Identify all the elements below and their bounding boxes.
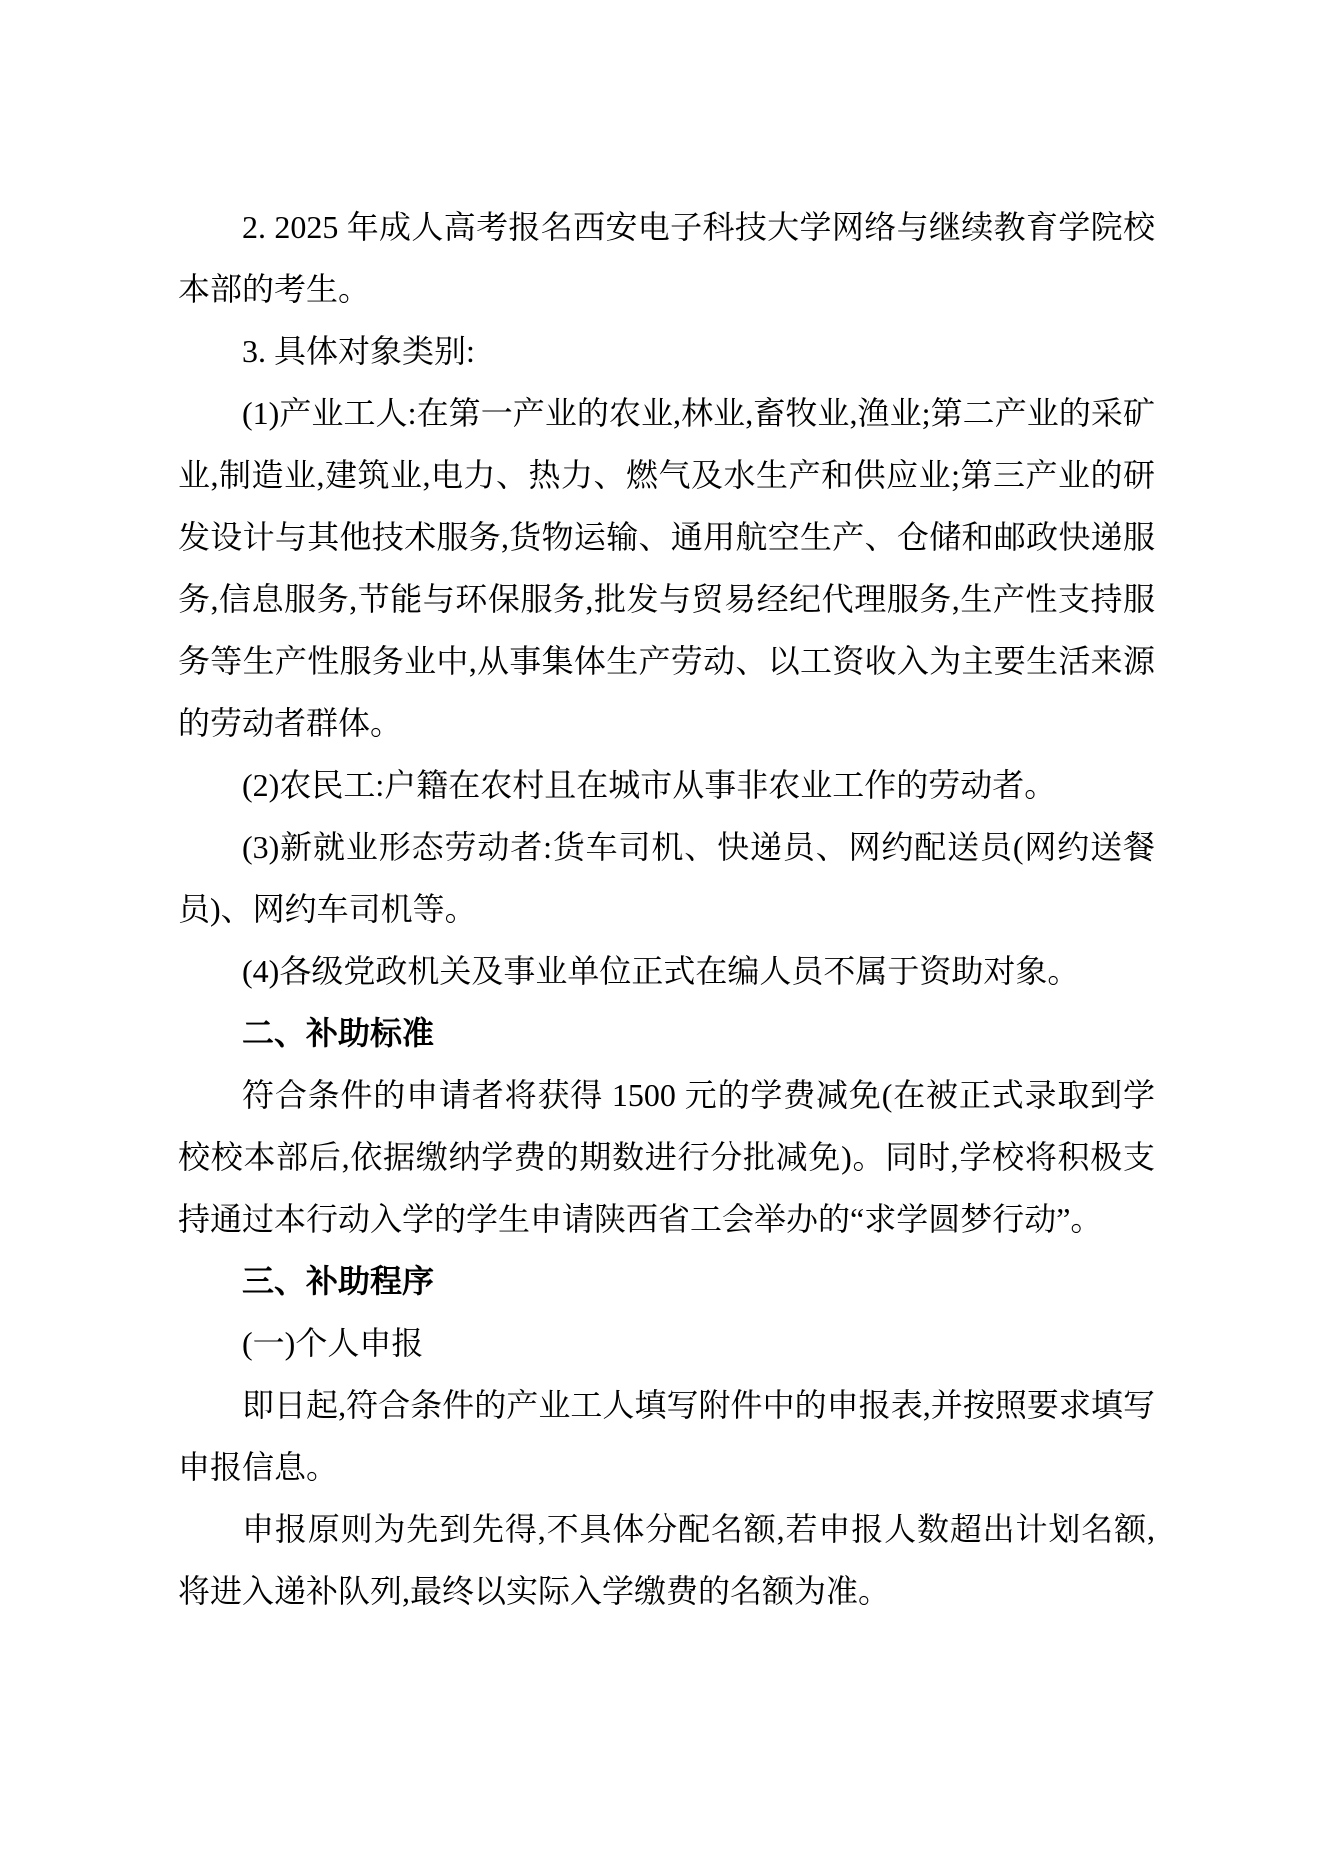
para-category-intro: 3. 具体对象类别: — [178, 320, 1155, 382]
para-category-new-employment: (3)新就业形态劳动者:货车司机、快递员、网约配送员(网约送餐员)、网约车司机等… — [178, 816, 1155, 940]
heading-subsidy-standard: 二、补助标准 — [178, 1002, 1155, 1064]
para-category-excluded: (4)各级党政机关及事业单位正式在编人员不属于资助对象。 — [178, 940, 1155, 1002]
heading-subsidy-procedure: 三、补助程序 — [178, 1250, 1155, 1312]
para-individual-application: (一)个人申报 — [178, 1312, 1155, 1374]
document-page: 2. 2025 年成人高考报名西安电子科技大学网络与继续教育学院校本部的考生。 … — [0, 0, 1322, 1871]
para-application-form: 即日起,符合条件的产业工人填写附件中的申报表,并按照要求填写申报信息。 — [178, 1374, 1155, 1498]
para-subsidy-detail: 符合条件的申请者将获得 1500 元的学费减免(在被正式录取到学校校本部后,依据… — [178, 1064, 1155, 1250]
para-applicant-scope: 2. 2025 年成人高考报名西安电子科技大学网络与继续教育学院校本部的考生。 — [178, 196, 1155, 320]
para-application-principle: 申报原则为先到先得,不具体分配名额,若申报人数超出计划名额,将进入递补队列,最终… — [178, 1498, 1155, 1622]
para-category-migrant-workers: (2)农民工:户籍在农村且在城市从事非农业工作的劳动者。 — [178, 754, 1155, 816]
para-category-industrial-workers: (1)产业工人:在第一产业的农业,林业,畜牧业,渔业;第二产业的采矿业,制造业,… — [178, 382, 1155, 754]
